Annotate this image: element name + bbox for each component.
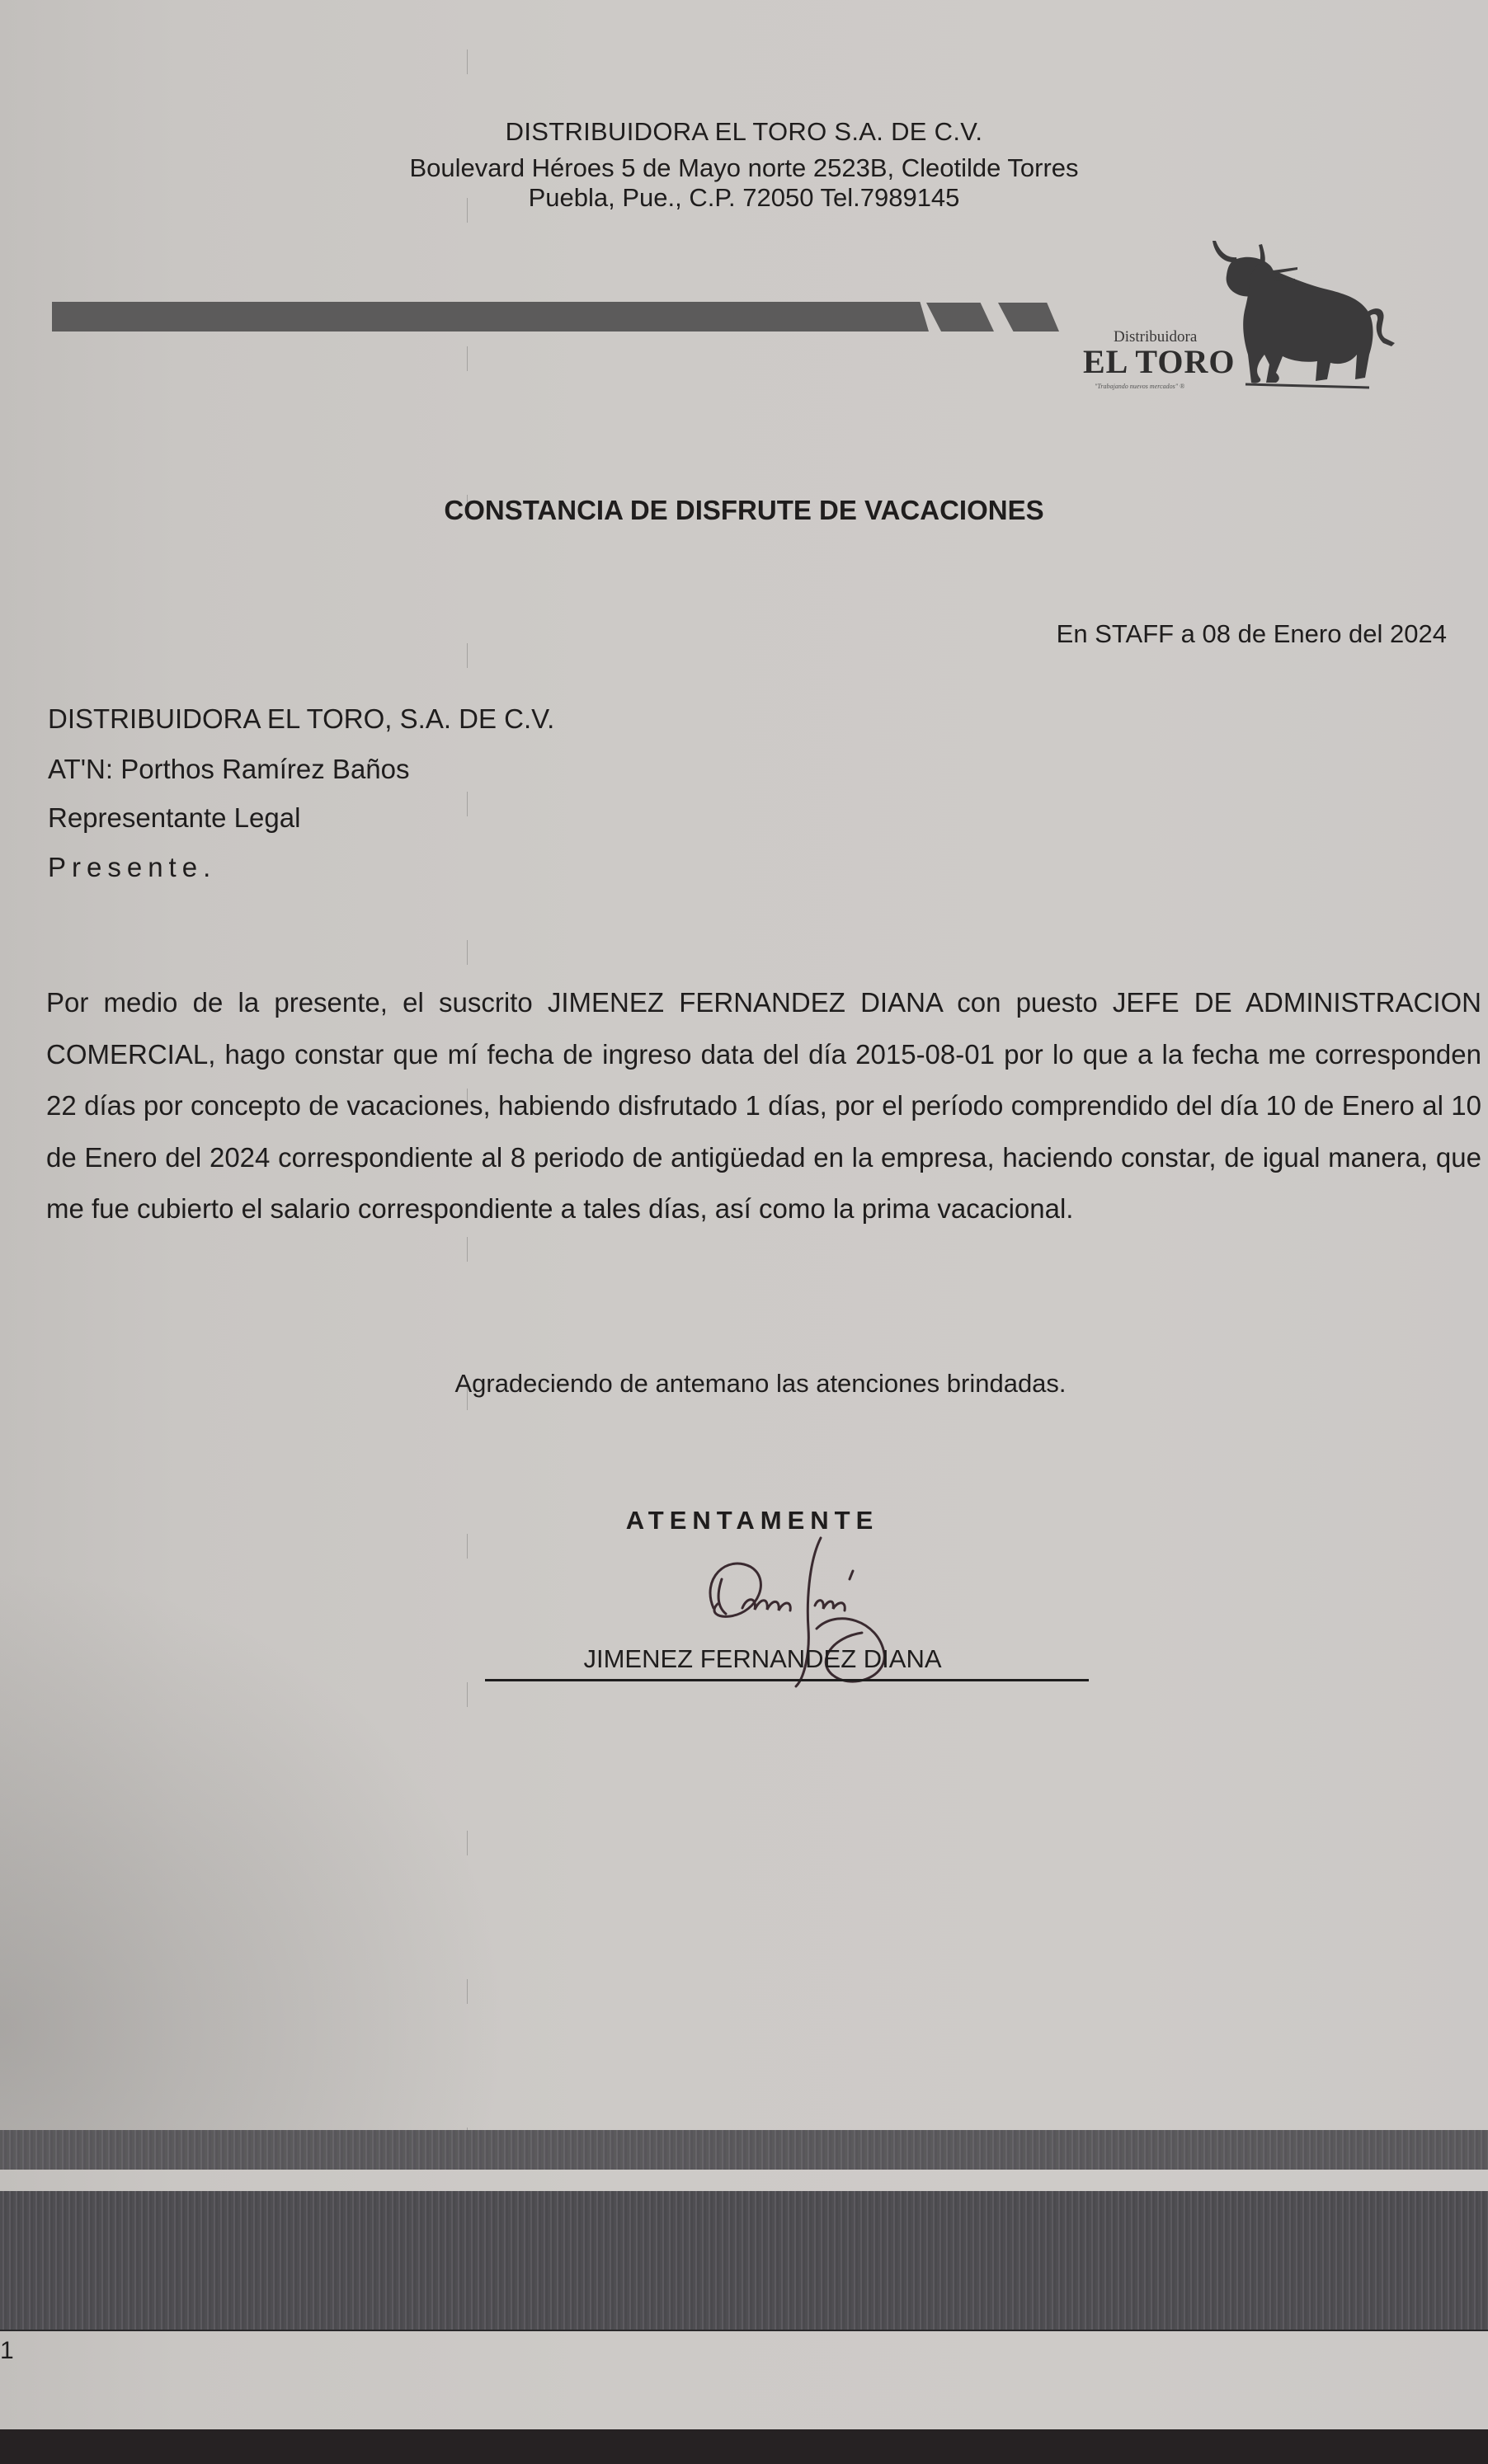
registered-mark-icon: ® xyxy=(1180,383,1184,390)
addressee-attention: AT'N: Porthos Ramírez Baños xyxy=(48,754,410,785)
logo-tagline-text: "Trabajando nuevos mercados" xyxy=(1095,383,1178,390)
letterhead-bar xyxy=(52,302,929,332)
document-title: CONSTANCIA DE DISFRUTE DE VACACIONES xyxy=(0,495,1488,526)
closing-line: Agradeciendo de antemano las atenciones … xyxy=(0,1369,1488,1399)
company-name: DISTRIBUIDORA EL TORO S.A. DE C.V. xyxy=(0,117,1488,147)
logo-brand-name: EL TORO xyxy=(1083,342,1236,381)
company-address-line2: Puebla, Pue., C.P. 72050 Tel.7989145 xyxy=(0,183,1488,213)
letterhead-bar-block xyxy=(926,303,994,332)
logo-tagline: "Trabajando nuevos mercados" ® xyxy=(1095,383,1184,390)
addressee-greeting: Presente. xyxy=(48,852,216,883)
body-paragraph: Por medio de la presente, el suscrito JI… xyxy=(46,977,1481,1235)
footer-band-thin xyxy=(0,2130,1488,2170)
desk-surface xyxy=(0,2429,1488,2464)
page-number: 1 xyxy=(0,2337,14,2365)
footer-band-thick xyxy=(0,2191,1488,2331)
addressee-role: Representante Legal xyxy=(48,802,300,834)
company-address-line1: Boulevard Héroes 5 de Mayo norte 2523B, … xyxy=(0,153,1488,183)
signature-line xyxy=(485,1679,1089,1681)
addressee-company: DISTRIBUIDORA EL TORO, S.A. DE C.V. xyxy=(48,703,554,735)
letterhead-bar-block xyxy=(998,303,1059,332)
company-logo: Distribuidora EL TORO "Trabajando nuevos… xyxy=(1076,231,1398,400)
place-date: En STAFF a 08 de Enero del 2024 xyxy=(1057,619,1447,649)
signer-name: JIMENEZ FERNANDEZ DIANA xyxy=(0,1644,1488,1674)
